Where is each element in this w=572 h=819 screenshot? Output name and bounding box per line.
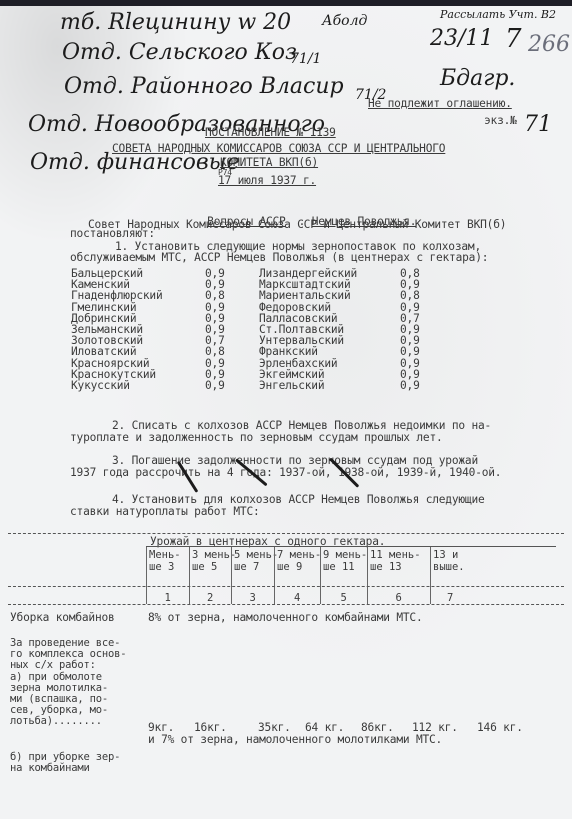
district-name: Мариентальский <box>259 290 351 301</box>
item2-line2: туроплате и задолженность по зерновым сс… <box>70 432 443 443</box>
district-name: Иловатский <box>71 346 136 357</box>
column-header-top: 11 мень- <box>370 549 421 561</box>
complex-label-line: ных с/х работ: <box>10 660 96 671</box>
copy-number-label: экз.№ <box>484 115 517 126</box>
district-value: 0,9 <box>400 380 420 391</box>
complex-label-line: лотьба)........ <box>10 716 102 727</box>
b-label-line: на комбайнами <box>10 763 90 774</box>
item4-line2: ставки натуроплаты работ МТС: <box>70 506 260 517</box>
handwritten-number-1: 71/1 <box>290 48 321 70</box>
decree-title-line2: СОВЕТА НАРОДНЫХ КОМИССАРОВ СОЮЗА ССР И Ц… <box>112 143 445 154</box>
complex-label-line: а) при обмолоте <box>10 672 102 683</box>
column-number: 5 <box>341 592 347 604</box>
district-value: 0,8 <box>205 290 225 301</box>
column-header-top: 7 мень- <box>277 549 321 561</box>
handwritten-ref-number: 7 <box>505 28 522 50</box>
column-header-top: 3 мень- <box>192 549 236 561</box>
district-value: 0,9 <box>205 380 225 391</box>
district-value: 0,9 <box>400 346 420 357</box>
column-header-bottom: ше 13 <box>370 561 402 573</box>
restriction-notice: Не подлежит оглашению. <box>368 98 512 109</box>
column-divider <box>320 547 321 604</box>
decree-title-line3: КОМИТЕТА ВКП(б) <box>220 157 318 168</box>
item1-line2: обслуживаемым МТС, АССР Немцев Поволжья … <box>70 252 488 263</box>
complex-value: 9кг. <box>148 722 174 733</box>
column-header-bottom: ше 7 <box>234 561 259 573</box>
handwritten-addressee-5: Отд. финансовые <box>30 152 240 174</box>
handwritten-addressee-1: тб. Rlецинину w 20 <box>60 12 291 34</box>
column-divider <box>231 547 232 604</box>
column-header-top: 5 мень- <box>234 549 278 561</box>
column-number: 2 <box>207 592 213 604</box>
column-header-bottom: ше 3 <box>149 561 174 573</box>
combine-row-value: 8% от зерна, намолоченного комбайнами МТ… <box>148 612 423 623</box>
complex-value: 64 кг. <box>305 722 344 733</box>
district-value: 0,9 <box>205 358 225 369</box>
complex-value: 146 кг. <box>477 722 523 733</box>
column-number: 6 <box>396 592 402 604</box>
combine-row-label: Уборка комбайнов <box>10 612 115 623</box>
column-number: 1 <box>165 592 171 604</box>
handwritten-signature-right: Бдагр. <box>440 68 515 90</box>
column-divider <box>430 547 431 604</box>
item3-line1: 3. Погашение задолженности по зерновым с… <box>112 455 478 466</box>
district-value: 0,8 <box>400 290 420 301</box>
district-value: 0,9 <box>400 302 420 313</box>
complex-value: 16кг. <box>194 722 227 733</box>
document-page: тб. Rlецинину w 20 Аболд Раcсылать Учт. … <box>0 6 572 819</box>
district-value: 0,9 <box>400 358 420 369</box>
archive-stamp-number: 266 <box>528 34 570 56</box>
item3-line2: 1937 года рассрочить на 4 года: 1937-ой,… <box>70 467 501 478</box>
handwritten-note-top-right: Раcсылать Учт. В2 <box>440 4 556 26</box>
item4-line1: 4. Установить для колхозов АССР Немцев П… <box>112 494 485 505</box>
column-divider <box>189 547 190 604</box>
complex-row-note: и 7% от зерна, намолоченного молотилками… <box>148 734 442 745</box>
handwritten-note-top: Аболд <box>322 10 367 32</box>
complex-value: 86кг. <box>361 722 394 733</box>
column-divider <box>146 547 147 604</box>
column-number: 4 <box>294 592 300 604</box>
district-value: 0,8 <box>205 346 225 357</box>
column-number: 7 <box>447 592 453 604</box>
column-header-bottom: ше 9 <box>277 561 302 573</box>
column-header-top: Мень- <box>149 549 181 561</box>
column-divider <box>274 547 275 604</box>
table-num-rule <box>8 604 564 605</box>
table-top-rule <box>8 533 564 534</box>
column-header-bottom: ше 11 <box>323 561 355 573</box>
complex-value: 35кг. <box>258 722 291 733</box>
column-divider <box>367 547 368 604</box>
district-name: Энгельский <box>259 380 324 391</box>
district-value: 0,9 <box>205 302 225 313</box>
handwritten-addressee-2: Отд. Сельского Коз <box>62 42 297 64</box>
district-name: Эрленбахский <box>259 358 337 369</box>
column-header-top: 9 мень- <box>323 549 367 561</box>
column-number: 3 <box>250 592 256 604</box>
handwritten-date: 23/11 <box>430 28 493 50</box>
district-name: Гмелинский <box>71 302 136 313</box>
item2-line1: 2. Списать с колхозов АССР Немцев Поволж… <box>112 420 491 431</box>
column-header-top: 13 и <box>433 549 458 561</box>
group-header-rule <box>146 546 556 547</box>
decree-date: 17 июля 1937 г. <box>218 175 316 186</box>
complex-value: 112 кг. <box>412 722 458 733</box>
copy-number-handwritten: 71 <box>524 114 552 136</box>
table-header-rule <box>8 586 564 587</box>
district-name: Гнаденфлюрский <box>71 290 163 301</box>
handwritten-addressee-3: Отд. Районного Власир <box>64 76 344 98</box>
district-name: Красноярский <box>71 358 149 369</box>
decree-title-line1: ПОСТАНОВЛЕНИЕ № 1139 <box>205 127 336 138</box>
column-header-bottom: ше 5 <box>192 561 217 573</box>
district-name: Франкский <box>259 346 318 357</box>
column-header-bottom: выше. <box>433 561 465 573</box>
district-name: Кукусский <box>71 380 130 391</box>
intro-line2: постановляют: <box>70 228 155 239</box>
district-name: Федоровский <box>259 302 331 313</box>
